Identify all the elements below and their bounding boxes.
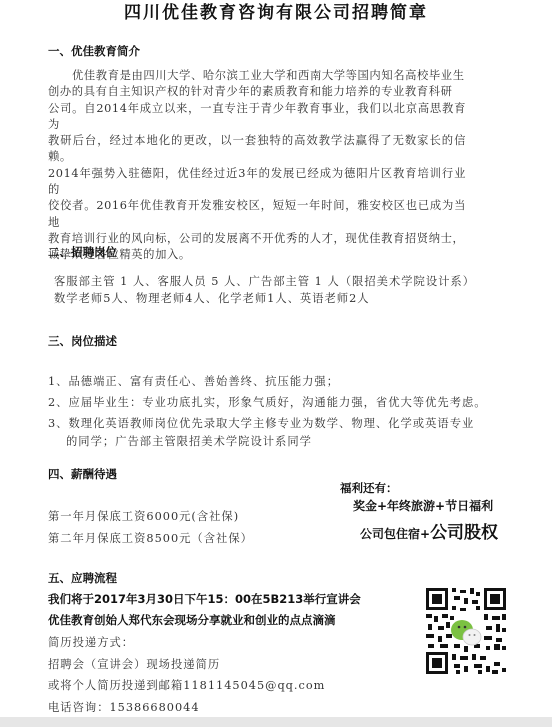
benefits-line: 奖金+年终旅游+节日福利 xyxy=(353,497,493,514)
viewer-bottom-bar xyxy=(0,717,552,727)
phone-consult: 电话咨询：15386680044 xyxy=(48,699,200,715)
section-intro-heading: 一、优佳教育简介 xyxy=(48,43,140,59)
housing-text: 公司包住宿+ xyxy=(360,527,430,541)
section-intro-paragraph: 优佳教育是由四川大学、哈尔滨工业大学和西南大学等国内知名高校毕业生创办的具有自主… xyxy=(48,68,466,264)
description-item-continued: 的同学；广告部主管限招美术学院设计系同学 xyxy=(66,433,312,449)
founder-share-line: 优佳教育创始人郑代东会现场分享就业和创业的点点滴滴 xyxy=(48,612,336,628)
resume-method-label: 简历投递方式： xyxy=(48,634,134,650)
section-positions-heading: 二、招聘岗位 xyxy=(48,244,117,260)
salary-line-year2: 第二年月保底工资8500元（含社保） xyxy=(48,530,253,546)
resume-method-email: 或将个人简历投递到邮箱1181145045@qq.com xyxy=(48,677,325,693)
section-description-heading: 三、岗位描述 xyxy=(48,333,117,349)
benefits-label: 福利还有： xyxy=(340,480,398,496)
intro-line: 佼佼者。2016年优佳教育开发雅安校区，短短一年时间，雅安校区也已成为当地 xyxy=(48,198,466,231)
description-item: 2、应届毕业生：专业功底扎实，形象气质好，沟通能力强，省优大等优先考虑。 xyxy=(48,394,487,410)
description-item: 1、品德端正、富有责任心、善始善终、抗压能力强； xyxy=(48,373,339,389)
equity-text: 公司股权 xyxy=(430,523,498,543)
positions-line: 数学老师5人、物理老师4人、化学老师1人、英语老师2人 xyxy=(54,290,370,306)
intro-line: 创办的具有自主知识产权的针对青少年的素质教育和能力培养的专业教育科研 xyxy=(48,84,466,100)
section-salary-heading: 四、薪酬待遇 xyxy=(48,466,117,482)
positions-line: 客服部主管 1 人、客服人员 5 人、广告部主管 1 人（限招美术学院设计系） xyxy=(54,273,475,289)
intro-line: 2014年强势入驻德阳，优佳经过近3年的发展已经成为德阳片区教育培训行业的 xyxy=(48,166,466,199)
intro-line: 优佳教育是由四川大学、哈尔滨工业大学和西南大学等国内知名高校毕业生 xyxy=(48,68,466,84)
intro-line: 教研后台，经过本地化的更改，以一套独特的高效教学法赢得了无数家长的信赖。 xyxy=(48,133,466,166)
info-session-line: 我们将于2017年3月30日下午15：00在5B213举行宣讲会 xyxy=(48,591,361,607)
benefits-line-housing: 公司包住宿+公司股权 xyxy=(360,518,498,543)
resume-method-onsite: 招聘会（宣讲会）现场投递简历 xyxy=(48,656,220,672)
wechat-qr-code-icon xyxy=(420,582,512,680)
document-title: 四川优佳教育咨询有限公司招聘简章 xyxy=(0,0,552,23)
description-item: 3、数理化英语教师岗位优先录取大学主修专业为数学、物理、化学或英语专业 xyxy=(48,415,474,431)
section-process-heading: 五、应聘流程 xyxy=(48,570,117,586)
recruitment-document: 四川优佳教育咨询有限公司招聘简章 一、优佳教育简介 优佳教育是由四川大学、哈尔滨… xyxy=(0,0,552,717)
salary-line-year1: 第一年月保底工资6000元(含社保) xyxy=(48,508,239,524)
intro-line: 公司。自2014年成立以来，一直专注于青少年教育事业，我们以北京高思教育为 xyxy=(48,101,466,134)
